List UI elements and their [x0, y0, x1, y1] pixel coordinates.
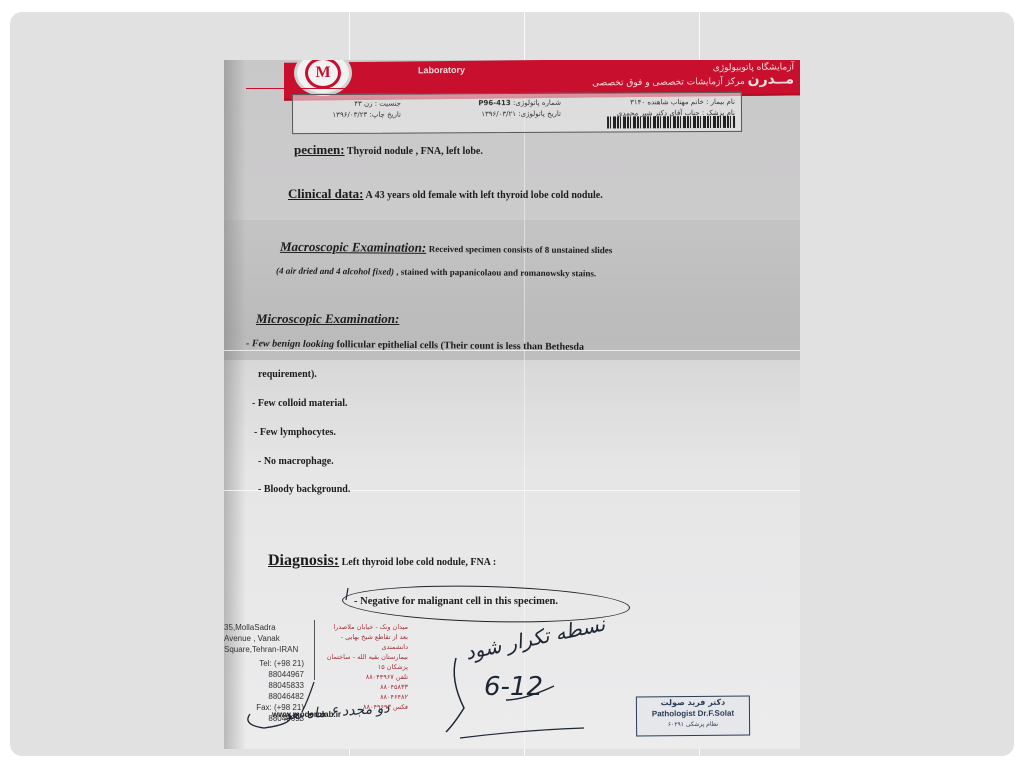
handwriting-strokes	[224, 60, 800, 749]
pathology-report-photo: Laboratory آزمایشگاه پاتوبیولوژی مــدرن …	[224, 60, 800, 749]
pathologist-stamp: دکتر فرید صولت Pathologist Dr.F.Solat نظ…	[636, 696, 750, 737]
stamp-name-en: Pathologist Dr.F.Solat	[637, 708, 749, 720]
stamp-license: نظام پزشکی ۶۰۲۹۱	[637, 719, 749, 731]
